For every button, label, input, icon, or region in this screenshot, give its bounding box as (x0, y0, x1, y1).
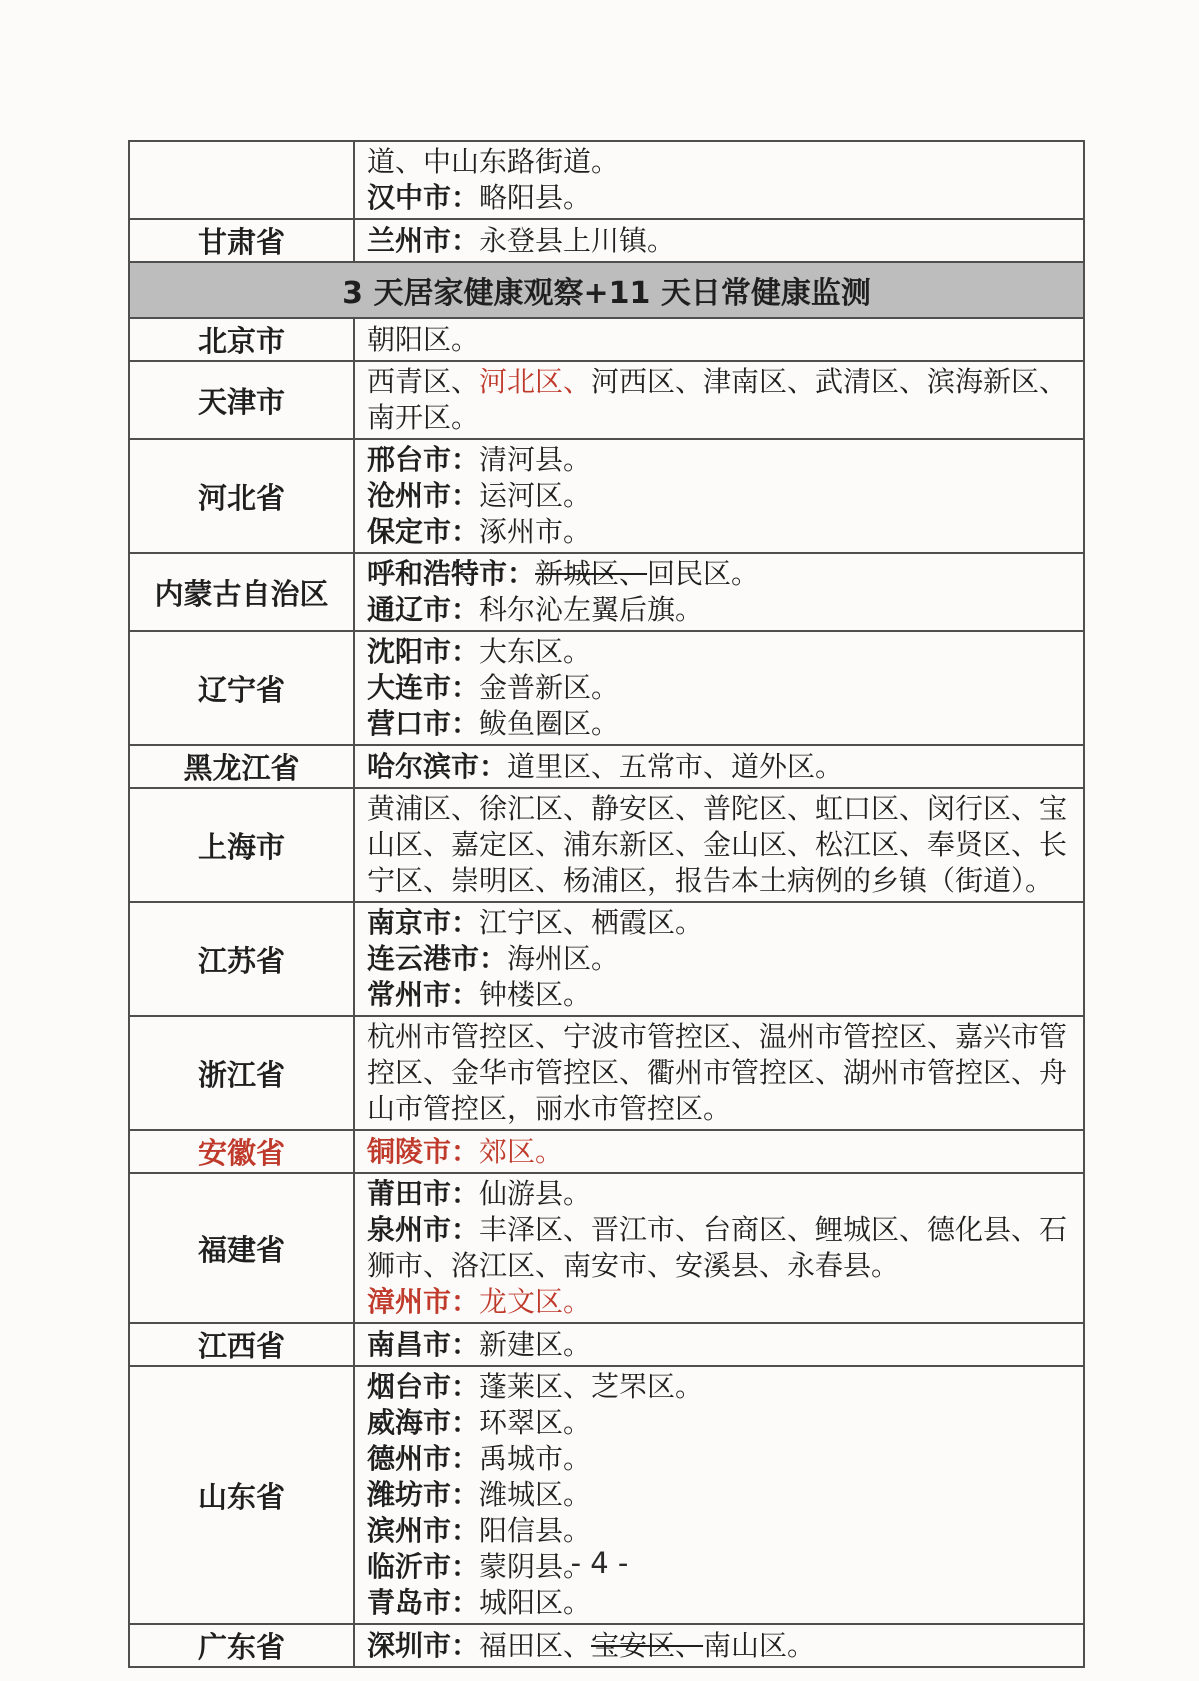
content-cell: 南京市：江宁区、栖霞区。连云港市：海州区。常州市：钟楼区。 (354, 902, 1084, 1016)
region-text: 道里区、五常市、道外区。 (507, 750, 843, 783)
region-text: 朝阳区。 (367, 323, 479, 356)
content-line: 常州市：钟楼区。 (367, 977, 1075, 1013)
city-name: 邢台市： (367, 443, 479, 476)
city-name: 常州市： (367, 978, 479, 1011)
region-text: 鲅鱼圈区。 (479, 707, 619, 740)
region-text: 回民区。 (647, 557, 759, 590)
region-text: 科尔沁左翼后旗。 (479, 593, 703, 626)
table-row: 福建省莆田市：仙游县。泉州市：丰泽区、晋江市、台商区、鲤城区、德化县、石狮市、洛… (129, 1173, 1084, 1323)
city-name: 兰州市： (367, 224, 479, 257)
content-line: 道、中山东路街道。 (367, 144, 1075, 180)
region-text: 南山区。 (703, 1629, 815, 1662)
table-row: 辽宁省沈阳市：大东区。大连市：金普新区。营口市：鲅鱼圈区。 (129, 631, 1084, 745)
table-row: 山东省烟台市：蓬莱区、芝罘区。威海市：环翠区。德州市：禹城市。潍坊市：潍城区。滨… (129, 1366, 1084, 1624)
table-row: 道、中山东路街道。汉中市：略阳县。 (129, 141, 1084, 219)
city-name: 连云港市： (367, 942, 507, 975)
city-name: 汉中市： (367, 181, 479, 214)
province-cell: 浙江省 (129, 1016, 354, 1130)
region-text: 福田区、 (479, 1629, 591, 1662)
region-text: 潍城区。 (479, 1478, 591, 1511)
struck-region-text: 宝安区、 (591, 1629, 703, 1662)
region-text: 城阳区。 (479, 1586, 591, 1619)
city-name: 南昌市： (367, 1328, 479, 1361)
region-text: 运河区。 (479, 479, 591, 512)
region-text: 清河县。 (479, 443, 591, 476)
region-text: 金普新区。 (479, 671, 619, 704)
region-text: 龙文区。 (479, 1285, 591, 1318)
region-text: 永登县上川镇。 (479, 224, 675, 257)
region-text: 河北区、 (479, 365, 591, 398)
content-line: 朝阳区。 (367, 322, 1075, 358)
content-cell: 朝阳区。 (354, 318, 1084, 361)
content-line: 邢台市：清河县。 (367, 442, 1075, 478)
region-text: 黄浦区、徐汇区、静安区、普陀区、虹口区、闵行区、宝山区、嘉定区、浦东新区、金山区… (367, 792, 1067, 897)
table-row: 黑龙江省哈尔滨市：道里区、五常市、道外区。 (129, 745, 1084, 788)
city-name: 沈阳市： (367, 635, 479, 668)
content-line: 兰州市：永登县上川镇。 (367, 223, 1075, 259)
city-name: 滨州市： (367, 1514, 479, 1547)
section-header-cell: 3 天居家健康观察+11 天日常健康监测 (129, 262, 1084, 318)
document-page: 道、中山东路街道。汉中市：略阳县。甘肃省兰州市：永登县上川镇。3 天居家健康观察… (0, 0, 1199, 1681)
city-name: 营口市： (367, 707, 479, 740)
content-cell: 黄浦区、徐汇区、静安区、普陀区、虹口区、闵行区、宝山区、嘉定区、浦东新区、金山区… (354, 788, 1084, 902)
region-text: 郊区。 (479, 1135, 563, 1168)
city-name: 潍坊市： (367, 1478, 479, 1511)
content-line: 滨州市：阳信县。 (367, 1513, 1075, 1549)
struck-region-text: 新城区、 (535, 557, 647, 590)
region-text: 海州区。 (507, 942, 619, 975)
content-cell: 南昌市：新建区。 (354, 1323, 1084, 1366)
region-text: 道、中山东路街道。 (367, 145, 619, 178)
region-text: 涿州市。 (479, 515, 591, 548)
city-name: 泉州市： (367, 1213, 479, 1246)
region-text: 仙游县。 (479, 1177, 591, 1210)
city-name: 南京市： (367, 906, 479, 939)
table-row: 上海市黄浦区、徐汇区、静安区、普陀区、虹口区、闵行区、宝山区、嘉定区、浦东新区、… (129, 788, 1084, 902)
table-row: 甘肃省兰州市：永登县上川镇。 (129, 219, 1084, 262)
region-text: 新建区。 (479, 1328, 591, 1361)
city-name: 漳州市： (367, 1285, 479, 1318)
city-name: 沧州市： (367, 479, 479, 512)
province-cell: 广东省 (129, 1624, 354, 1667)
table-row: 内蒙古自治区呼和浩特市：新城区、回民区。通辽市：科尔沁左翼后旗。 (129, 553, 1084, 631)
content-line: 漳州市：龙文区。 (367, 1284, 1075, 1320)
content-line: 西青区、河北区、河西区、津南区、武清区、滨海新区、南开区。 (367, 364, 1075, 436)
content-line: 南昌市：新建区。 (367, 1327, 1075, 1363)
content-cell: 道、中山东路街道。汉中市：略阳县。 (354, 141, 1084, 219)
content-line: 连云港市：海州区。 (367, 941, 1075, 977)
city-name: 通辽市： (367, 593, 479, 626)
content-cell: 邢台市：清河县。沧州市：运河区。保定市：涿州市。 (354, 439, 1084, 553)
province-cell: 天津市 (129, 361, 354, 439)
content-line: 深圳市：福田区、宝安区、南山区。 (367, 1628, 1075, 1664)
content-line: 德州市：禹城市。 (367, 1441, 1075, 1477)
city-name: 烟台市： (367, 1370, 479, 1403)
content-line: 汉中市：略阳县。 (367, 180, 1075, 216)
section-header-row: 3 天居家健康观察+11 天日常健康监测 (129, 262, 1084, 318)
table-row: 天津市西青区、河北区、河西区、津南区、武清区、滨海新区、南开区。 (129, 361, 1084, 439)
content-line: 泉州市：丰泽区、晋江市、台商区、鲤城区、德化县、石狮市、洛江区、南安市、安溪县、… (367, 1212, 1075, 1284)
region-text: 环翠区。 (479, 1406, 591, 1439)
table-row: 河北省邢台市：清河县。沧州市：运河区。保定市：涿州市。 (129, 439, 1084, 553)
content-line: 大连市：金普新区。 (367, 670, 1075, 706)
city-name: 青岛市： (367, 1586, 479, 1619)
city-name: 哈尔滨市： (367, 750, 507, 783)
province-cell: 内蒙古自治区 (129, 553, 354, 631)
province-cell: 河北省 (129, 439, 354, 553)
content-cell: 铜陵市：郊区。 (354, 1130, 1084, 1173)
content-line: 黄浦区、徐汇区、静安区、普陀区、虹口区、闵行区、宝山区、嘉定区、浦东新区、金山区… (367, 791, 1075, 899)
content-cell: 兰州市：永登县上川镇。 (354, 219, 1084, 262)
region-text: 西青区、 (367, 365, 479, 398)
region-text: 禹城市。 (479, 1442, 591, 1475)
content-cell: 莆田市：仙游县。泉州市：丰泽区、晋江市、台商区、鲤城区、德化县、石狮市、洛江区、… (354, 1173, 1084, 1323)
province-cell (129, 141, 354, 219)
city-name: 保定市： (367, 515, 479, 548)
content-line: 铜陵市：郊区。 (367, 1134, 1075, 1170)
city-name: 深圳市： (367, 1629, 479, 1662)
content-cell: 哈尔滨市：道里区、五常市、道外区。 (354, 745, 1084, 788)
province-cell: 北京市 (129, 318, 354, 361)
content-cell: 呼和浩特市：新城区、回民区。通辽市：科尔沁左翼后旗。 (354, 553, 1084, 631)
content-cell: 深圳市：福田区、宝安区、南山区。 (354, 1624, 1084, 1667)
page-number: - 4 - (0, 1546, 1199, 1580)
region-text: 蓬莱区、芝罘区。 (479, 1370, 703, 1403)
province-cell: 江苏省 (129, 902, 354, 1016)
province-cell: 江西省 (129, 1323, 354, 1366)
region-text: 钟楼区。 (479, 978, 591, 1011)
city-name: 大连市： (367, 671, 479, 704)
city-name: 莆田市： (367, 1177, 479, 1210)
content-line: 莆田市：仙游县。 (367, 1176, 1075, 1212)
table-row: 江苏省南京市：江宁区、栖霞区。连云港市：海州区。常州市：钟楼区。 (129, 902, 1084, 1016)
region-text: 杭州市管控区、宁波市管控区、温州市管控区、嘉兴市管控区、金华市管控区、衢州市管控… (367, 1020, 1067, 1125)
province-cell: 山东省 (129, 1366, 354, 1624)
content-line: 营口市：鲅鱼圈区。 (367, 706, 1075, 742)
content-line: 沈阳市：大东区。 (367, 634, 1075, 670)
city-name: 德州市： (367, 1442, 479, 1475)
content-cell: 沈阳市：大东区。大连市：金普新区。营口市：鲅鱼圈区。 (354, 631, 1084, 745)
city-name: 铜陵市： (367, 1135, 479, 1168)
content-cell: 西青区、河北区、河西区、津南区、武清区、滨海新区、南开区。 (354, 361, 1084, 439)
content-cell: 杭州市管控区、宁波市管控区、温州市管控区、嘉兴市管控区、金华市管控区、衢州市管控… (354, 1016, 1084, 1130)
region-text: 大东区。 (479, 635, 591, 668)
region-text: 略阳县。 (479, 181, 591, 214)
content-line: 威海市：环翠区。 (367, 1405, 1075, 1441)
content-cell: 烟台市：蓬莱区、芝罘区。威海市：环翠区。德州市：禹城市。潍坊市：潍城区。滨州市：… (354, 1366, 1084, 1624)
content-line: 沧州市：运河区。 (367, 478, 1075, 514)
table-row: 江西省南昌市：新建区。 (129, 1323, 1084, 1366)
content-line: 杭州市管控区、宁波市管控区、温州市管控区、嘉兴市管控区、金华市管控区、衢州市管控… (367, 1019, 1075, 1127)
province-cell: 安徽省 (129, 1130, 354, 1173)
content-line: 青岛市：城阳区。 (367, 1585, 1075, 1621)
city-name: 呼和浩特市： (367, 557, 535, 590)
content-line: 烟台市：蓬莱区、芝罘区。 (367, 1369, 1075, 1405)
province-cell: 黑龙江省 (129, 745, 354, 788)
region-text: 阳信县。 (479, 1514, 591, 1547)
content-line: 保定市：涿州市。 (367, 514, 1075, 550)
province-cell: 甘肃省 (129, 219, 354, 262)
content-line: 呼和浩特市：新城区、回民区。 (367, 556, 1075, 592)
table-row: 浙江省杭州市管控区、宁波市管控区、温州市管控区、嘉兴市管控区、金华市管控区、衢州… (129, 1016, 1084, 1130)
province-cell: 上海市 (129, 788, 354, 902)
content-line: 哈尔滨市：道里区、五常市、道外区。 (367, 749, 1075, 785)
province-cell: 辽宁省 (129, 631, 354, 745)
content-line: 通辽市：科尔沁左翼后旗。 (367, 592, 1075, 628)
policy-table: 道、中山东路街道。汉中市：略阳县。甘肃省兰州市：永登县上川镇。3 天居家健康观察… (128, 140, 1085, 1668)
region-text: 江宁区、栖霞区。 (479, 906, 703, 939)
province-cell: 福建省 (129, 1173, 354, 1323)
policy-table-body: 道、中山东路街道。汉中市：略阳县。甘肃省兰州市：永登县上川镇。3 天居家健康观察… (129, 141, 1084, 1667)
content-line: 潍坊市：潍城区。 (367, 1477, 1075, 1513)
city-name: 威海市： (367, 1406, 479, 1439)
content-line: 南京市：江宁区、栖霞区。 (367, 905, 1075, 941)
table-row: 安徽省铜陵市：郊区。 (129, 1130, 1084, 1173)
table-row: 北京市朝阳区。 (129, 318, 1084, 361)
table-row: 广东省深圳市：福田区、宝安区、南山区。 (129, 1624, 1084, 1667)
